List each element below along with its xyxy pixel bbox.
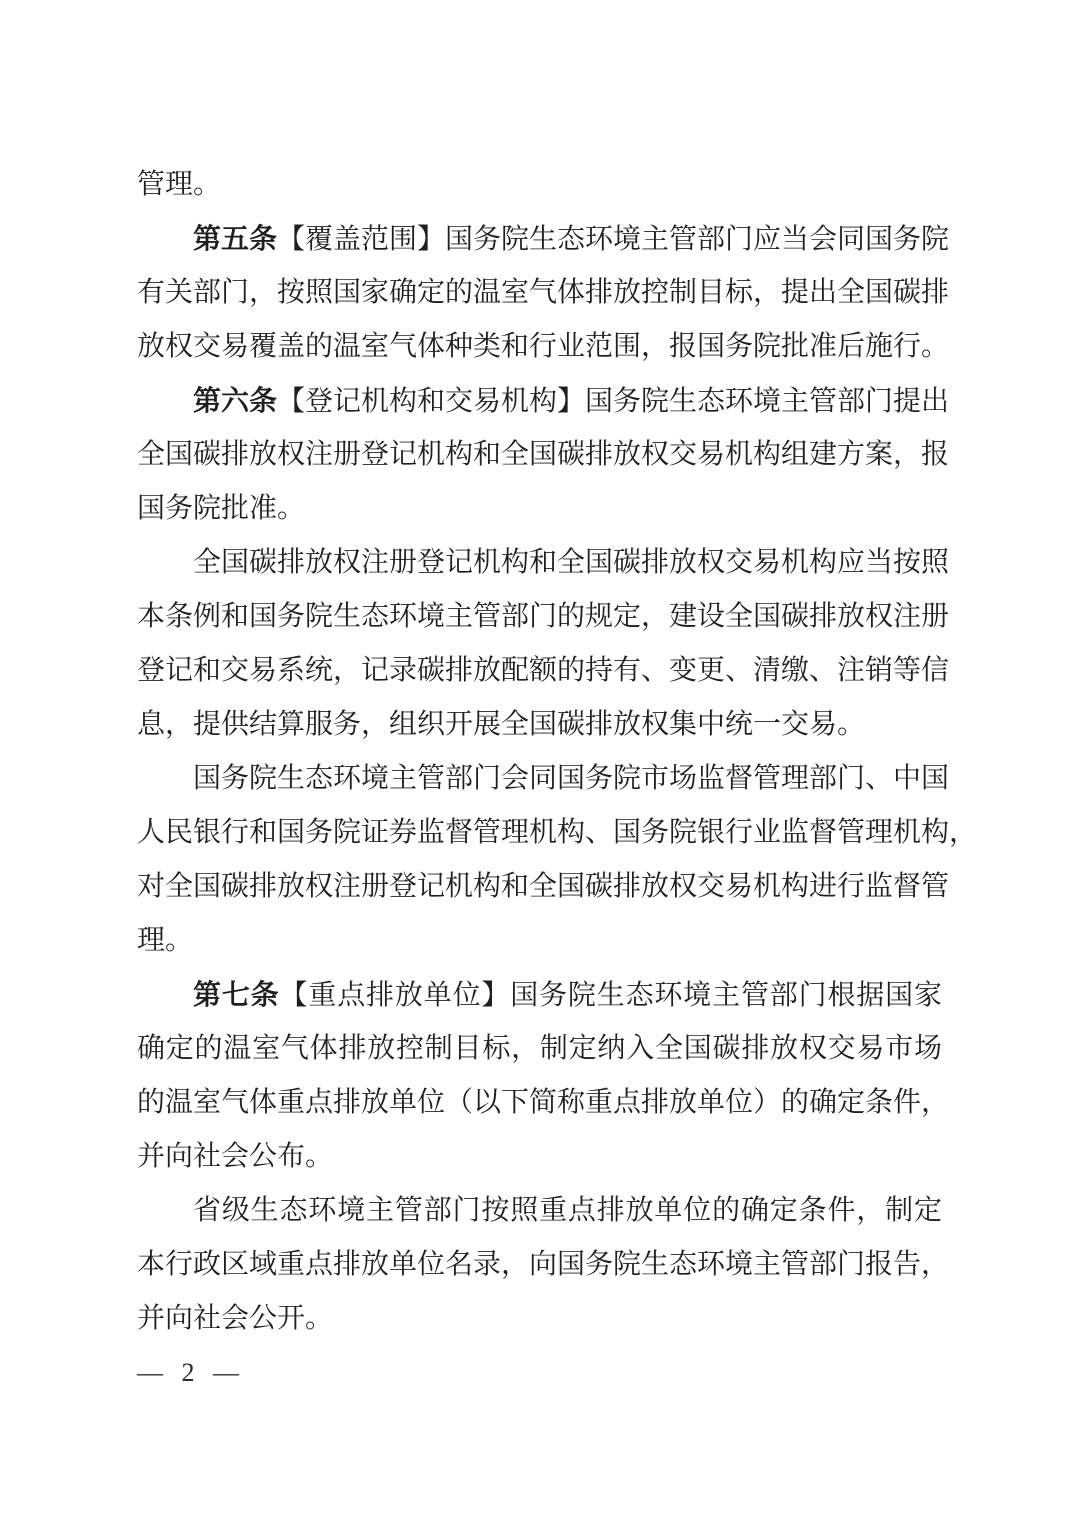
text-run: 并向社会公开。 xyxy=(137,1303,333,1334)
text-run: 并向社会公布。 xyxy=(137,1141,333,1172)
page-number: — 2 — xyxy=(137,1358,240,1387)
page-footer: — 2 — xyxy=(137,1346,240,1400)
text-line: 人民银行和国务院证券监督管理机构、国务院银行业监督管理机构， xyxy=(137,806,942,860)
paragraph: 管理。 xyxy=(137,158,942,212)
article-number: 第六条 xyxy=(193,385,277,416)
text-line: 息，提供结算服务，组织开展全国碳排放权集中统一交易。 xyxy=(137,698,942,752)
text-run: 有关部门，按照国家确定的温室气体排放控制目标，提出全国碳排 xyxy=(137,277,949,308)
paragraph: 第六条【登记机构和交易机构】国务院生态环境主管部门提出全国碳排放权注册登记机构和… xyxy=(137,374,942,536)
text-run: 本条例和国务院生态环境主管部门的规定，建设全国碳排放权注册 xyxy=(137,601,949,632)
text-line: 放权交易覆盖的温室气体种类和行业范围，报国务院批准后施行。 xyxy=(137,320,942,374)
text-line: 全国碳排放权注册登记机构和全国碳排放权交易机构应当按照 xyxy=(137,536,942,590)
article-number: 第五条 xyxy=(193,223,277,254)
article-number: 第七条 xyxy=(193,979,280,1010)
text-line: 第七条【重点排放单位】国务院生态环境主管部门根据国家 xyxy=(137,968,942,1022)
text-line: 并向社会公开。 xyxy=(137,1292,942,1346)
text-run: 国务院批准。 xyxy=(137,493,305,524)
paragraph: 国务院生态环境主管部门会同国务院市场监督管理部门、中国人民银行和国务院证券监督管… xyxy=(137,752,942,968)
text-line: 第六条【登记机构和交易机构】国务院生态环境主管部门提出 xyxy=(137,374,942,428)
document-body: 管理。第五条【覆盖范围】国务院生态环境主管部门应当会同国务院有关部门，按照国家确… xyxy=(137,158,942,1346)
text-line: 全国碳排放权注册登记机构和全国碳排放权交易机构组建方案，报 xyxy=(137,428,942,482)
text-run: 省级生态环境主管部门按照重点排放单位的确定条件，制定 xyxy=(193,1195,942,1226)
text-run: 国务院生态环境主管部门会同国务院市场监督管理部门、中国 xyxy=(193,763,949,794)
text-run: 息，提供结算服务，组织开展全国碳排放权集中统一交易。 xyxy=(137,709,865,740)
text-run: 全国碳排放权注册登记机构和全国碳排放权交易机构组建方案，报 xyxy=(137,439,949,470)
text-line: 国务院生态环境主管部门会同国务院市场监督管理部门、中国 xyxy=(137,752,942,806)
text-line: 本行政区域重点排放单位名录，向国务院生态环境主管部门报告， xyxy=(137,1238,942,1292)
text-line: 国务院批准。 xyxy=(137,482,942,536)
paragraph: 省级生态环境主管部门按照重点排放单位的确定条件，制定本行政区域重点排放单位名录，… xyxy=(137,1184,942,1346)
text-run: 登记和交易系统，记录碳排放配额的持有、变更、清缴、注销等信 xyxy=(137,655,949,686)
text-line: 理。 xyxy=(137,914,942,968)
text-run: 对全国碳排放权注册登记机构和全国碳排放权交易机构进行监督管 xyxy=(137,871,949,902)
paragraph: 第七条【重点排放单位】国务院生态环境主管部门根据国家确定的温室气体排放控制目标，… xyxy=(137,968,942,1184)
text-run: 确定的温室气体排放控制目标，制定纳入全国碳排放权交易市场 xyxy=(137,1033,942,1064)
text-line: 对全国碳排放权注册登记机构和全国碳排放权交易机构进行监督管 xyxy=(137,860,942,914)
paragraph: 第五条【覆盖范围】国务院生态环境主管部门应当会同国务院有关部门，按照国家确定的温… xyxy=(137,212,942,374)
text-run: 本行政区域重点排放单位名录，向国务院生态环境主管部门报告， xyxy=(137,1249,949,1280)
text-line: 省级生态环境主管部门按照重点排放单位的确定条件，制定 xyxy=(137,1184,942,1238)
text-run: 【覆盖范围】国务院生态环境主管部门应当会同国务院 xyxy=(277,224,949,255)
text-run: 人民银行和国务院证券监督管理机构、国务院银行业监督管理机构， xyxy=(137,817,977,848)
text-line: 登记和交易系统，记录碳排放配额的持有、变更、清缴、注销等信 xyxy=(137,644,942,698)
text-run: 的温室气体重点排放单位（以下简称重点排放单位）的确定条件， xyxy=(137,1087,949,1118)
document-page: 管理。第五条【覆盖范围】国务院生态环境主管部门应当会同国务院有关部门，按照国家确… xyxy=(0,0,1080,1527)
paragraph: 全国碳排放权注册登记机构和全国碳排放权交易机构应当按照本条例和国务院生态环境主管… xyxy=(137,536,942,752)
text-run: 理。 xyxy=(137,925,193,956)
text-run: 【登记机构和交易机构】国务院生态环境主管部门提出 xyxy=(277,386,949,417)
text-line: 管理。 xyxy=(137,158,942,212)
text-line: 并向社会公布。 xyxy=(137,1130,942,1184)
text-run: 管理。 xyxy=(137,169,221,200)
text-run: 全国碳排放权注册登记机构和全国碳排放权交易机构应当按照 xyxy=(193,547,949,578)
text-run: 【重点排放单位】国务院生态环境主管部门根据国家 xyxy=(280,980,942,1011)
text-line: 有关部门，按照国家确定的温室气体排放控制目标，提出全国碳排 xyxy=(137,266,942,320)
text-line: 第五条【覆盖范围】国务院生态环境主管部门应当会同国务院 xyxy=(137,212,942,266)
text-line: 本条例和国务院生态环境主管部门的规定，建设全国碳排放权注册 xyxy=(137,590,942,644)
text-line: 的温室气体重点排放单位（以下简称重点排放单位）的确定条件， xyxy=(137,1076,942,1130)
text-run: 放权交易覆盖的温室气体种类和行业范围，报国务院批准后施行。 xyxy=(137,331,949,362)
text-line: 确定的温室气体排放控制目标，制定纳入全国碳排放权交易市场 xyxy=(137,1022,942,1076)
